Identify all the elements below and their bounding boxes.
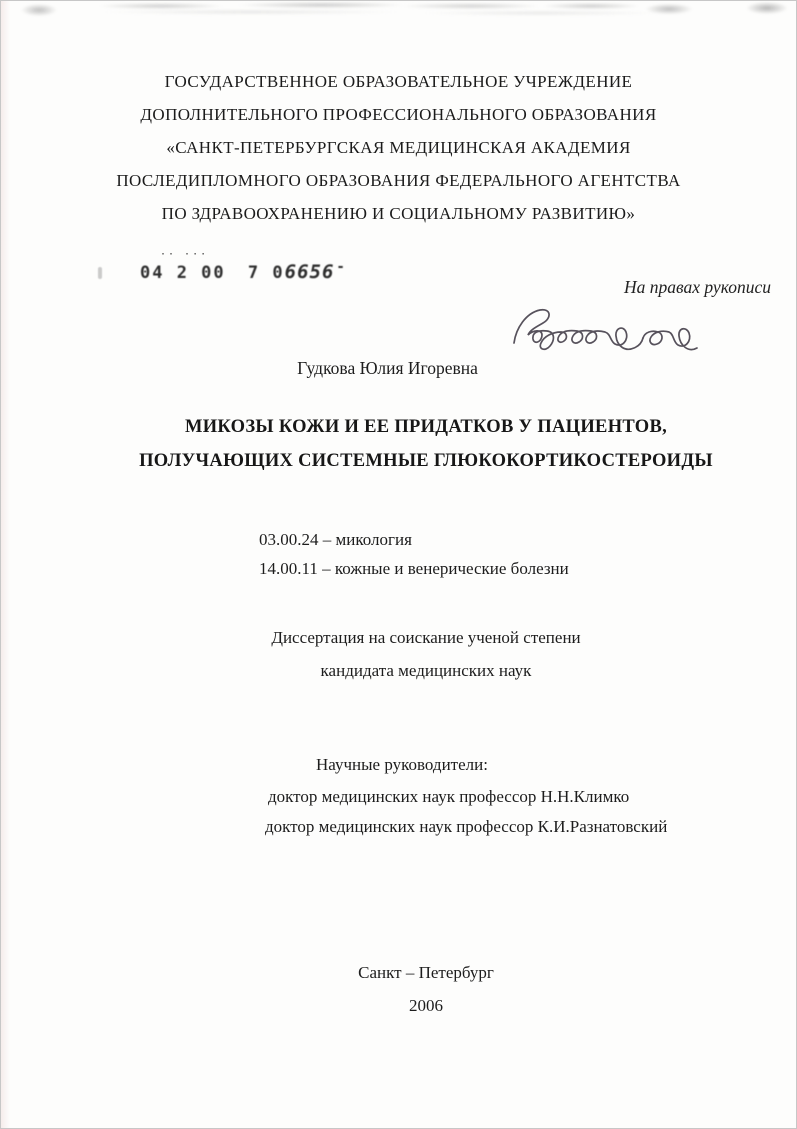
title-line: МИКОЗЫ КОЖИ И ЕЕ ПРИДАТКОВ У ПАЦИЕНТОВ,	[56, 411, 796, 445]
supervisor-line: доктор медицинских наук профессор К.И.Ра…	[265, 817, 667, 837]
year: 2006	[56, 989, 796, 1022]
scan-smudge-top-edge	[1, 1, 796, 21]
stamp-group: 04 2 00	[140, 263, 226, 283]
stamp-group: 7 0	[248, 263, 285, 283]
title-line: ПОЛУЧАЮЩИХ СИСТЕМНЫЕ ГЛЮКОКОРТИКОСТЕРОИД…	[56, 445, 796, 479]
stamp-dash: -	[336, 259, 346, 275]
institution-line: ПОСЛЕДИПЛОМНОГО ОБРАЗОВАНИЯ ФЕДЕРАЛЬНОГО…	[1, 164, 796, 197]
supervisors-heading: Научные руководители:	[316, 755, 488, 775]
accession-number-stamp: 04 2 00 7 06656-	[140, 259, 347, 283]
scan-fleck	[98, 267, 102, 279]
institution-line: «САНКТ-ПЕТЕРБУРГСКАЯ МЕДИЦИНСКАЯ АКАДЕМИ…	[1, 131, 796, 164]
specialty-codes: 03.00.24 – микология 14.00.11 – кожные и…	[259, 526, 569, 583]
handwritten-signature	[506, 301, 718, 357]
manuscript-rights-note: На правах рукописи	[624, 277, 771, 298]
thesis-type-line: кандидата медицинских наук	[56, 654, 796, 687]
supervisor-line: доктор медицинских наук профессор Н.Н.Кл…	[268, 787, 629, 807]
city: Санкт – Петербург	[56, 956, 796, 989]
dissertation-title: МИКОЗЫ КОЖИ И ЕЕ ПРИДАТКОВ У ПАЦИЕНТОВ, …	[56, 411, 796, 478]
imprint: Санкт – Петербург 2006	[56, 956, 796, 1022]
institution-header: ГОСУДАРСТВЕННОЕ ОБРАЗОВАТЕЛЬНОЕ УЧРЕЖДЕН…	[1, 65, 796, 230]
thesis-type: Диссертация на соискание ученой степени …	[56, 621, 796, 687]
specialty-code-line: 03.00.24 – микология	[259, 526, 569, 555]
institution-line: ГОСУДАРСТВЕННОЕ ОБРАЗОВАТЕЛЬНОЕ УЧРЕЖДЕН…	[1, 65, 796, 98]
institution-line: ДОПОЛНИТЕЛЬНОГО ПРОФЕССИОНАЛЬНОГО ОБРАЗО…	[1, 98, 796, 131]
institution-line: ПО ЗДРАВООХРАНЕНИЮ И СОЦИАЛЬНОМУ РАЗВИТИ…	[1, 197, 796, 230]
dissertation-title-page: ГОСУДАРСТВЕННОЕ ОБРАЗОВАТЕЛЬНОЕ УЧРЕЖДЕН…	[0, 0, 797, 1129]
specialty-code-line: 14.00.11 – кожные и венерические болезни	[259, 555, 569, 584]
stamp-group-bold: 6656	[285, 261, 335, 283]
thesis-type-line: Диссертация на соискание ученой степени	[56, 621, 796, 654]
author-name: Гудкова Юлия Игоревна	[1, 358, 774, 379]
